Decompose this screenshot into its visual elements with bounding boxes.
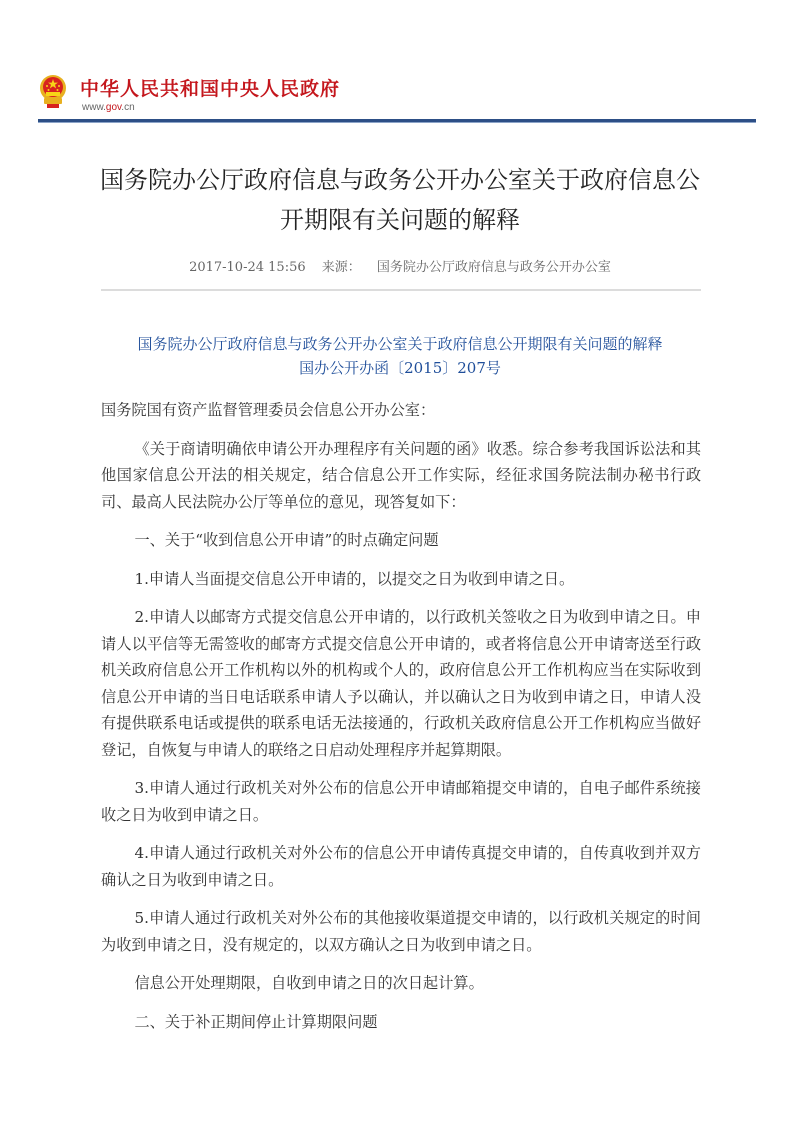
source-name: 国务院办公厅政府信息与政务公开办公室: [377, 260, 611, 275]
addressee: 国务院国有资产监督管理委员会信息公开办公室：: [101, 397, 701, 424]
document-number: 国办公开办函〔2015〕207号: [100, 356, 700, 380]
paragraph: 1.申请人当面提交信息公开申请的，以提交之日为收到申请之日。: [101, 566, 701, 593]
site-name[interactable]: 中华人民共和国中央人民政府: [80, 74, 340, 101]
article-meta: 2017-10-24 15:56 来源： 国务院办公厅政府信息与政务公开办公室: [100, 256, 700, 275]
site-header: 中华人民共和国中央人民政府 www.gov.cn: [38, 72, 756, 124]
article-body: 国务院国有资产监督管理委员会信息公开办公室： 《关于商请明确依申请公开办理程序有…: [101, 397, 701, 1047]
paragraph: 信息公开处理期限，自收到申请之日的次日起计算。: [101, 970, 701, 997]
publish-date: 2017-10-24 15:56: [189, 260, 306, 275]
document-title: 国务院办公厅政府信息与政务公开办公室关于政府信息公开期限有关问题的解释: [100, 332, 700, 356]
paragraph: 2.申请人以邮寄方式提交信息公开申请的，以行政机关签收之日为收到申请之日。申请人…: [101, 604, 701, 763]
header-divider: [38, 119, 756, 123]
paragraph: 4.申请人通过行政机关对外公布的信息公开申请传真提交申请的，自传真收到并双方确认…: [101, 840, 701, 893]
national-emblem-icon[interactable]: [38, 74, 68, 110]
section-heading: 二、关于补正期间停止计算期限问题: [101, 1009, 701, 1036]
source-label: 来源：: [322, 260, 361, 275]
document-heading: 国务院办公厅政府信息与政务公开办公室关于政府信息公开期限有关问题的解释 国办公开…: [100, 332, 700, 380]
site-url[interactable]: www.gov.cn: [82, 102, 135, 113]
paragraph: 3.申请人通过行政机关对外公布的信息公开申请邮箱提交申请的，自电子邮件系统接收之…: [101, 775, 701, 828]
url-domain: gov: [106, 102, 121, 113]
section-heading: 一、关于“收到信息公开申请”的时点确定问题: [101, 527, 701, 554]
url-prefix: www.: [82, 102, 106, 113]
paragraph: 《关于商请明确依申请公开办理程序有关问题的函》收悉。综合参考我国诉讼法和其他国家…: [101, 436, 701, 516]
paragraph: 5.申请人通过行政机关对外公布的其他接收渠道提交申请的，以行政机关规定的时间为收…: [101, 905, 701, 958]
meta-divider: [101, 289, 701, 291]
article-title: 国务院办公厅政府信息与政务公开办公室关于政府信息公开期限有关问题的解释: [100, 160, 700, 240]
url-suffix: .cn: [121, 102, 134, 113]
